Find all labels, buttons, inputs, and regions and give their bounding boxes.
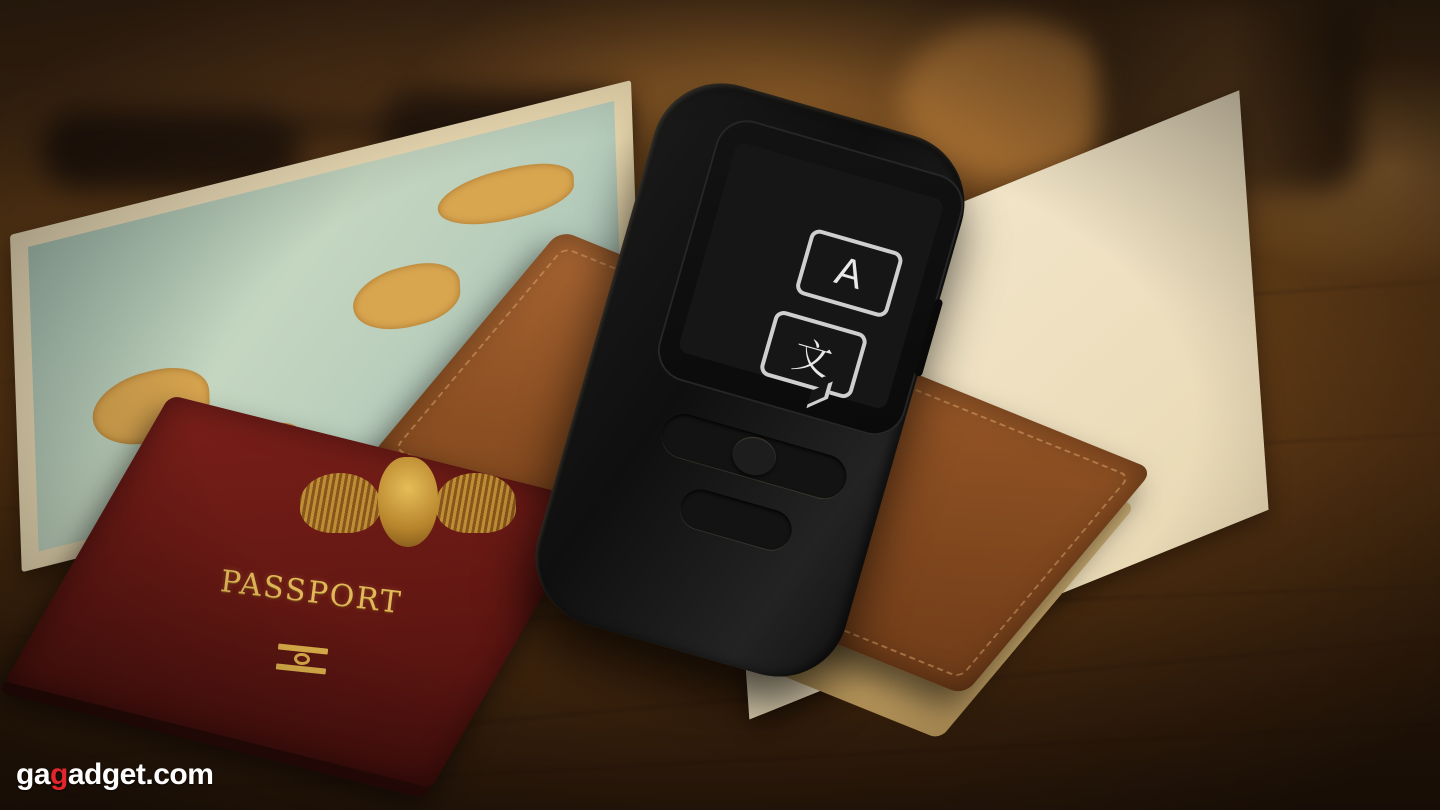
watermark-accent: g	[50, 758, 68, 791]
map-landmass	[352, 253, 461, 341]
device-lower-button	[676, 485, 797, 555]
watermark-domain: adget.com	[68, 758, 214, 791]
screen-display: A 文	[677, 141, 945, 410]
latin-glyph: A	[830, 248, 868, 299]
biometric-chip-icon	[276, 643, 328, 674]
eagle-emblem-icon	[300, 455, 500, 565]
map-landmass	[437, 152, 575, 237]
translate-icon-cjk: 文	[758, 309, 869, 401]
site-watermark: gagadget.com	[16, 758, 213, 792]
translate-icon-latin: A	[794, 227, 905, 319]
cjk-glyph: 文	[788, 323, 840, 386]
photo-scene: PASSPORT A 文 gagadget.c	[0, 0, 1440, 810]
device-screen: A 文	[650, 113, 971, 443]
watermark-prefix: ga	[16, 758, 50, 791]
